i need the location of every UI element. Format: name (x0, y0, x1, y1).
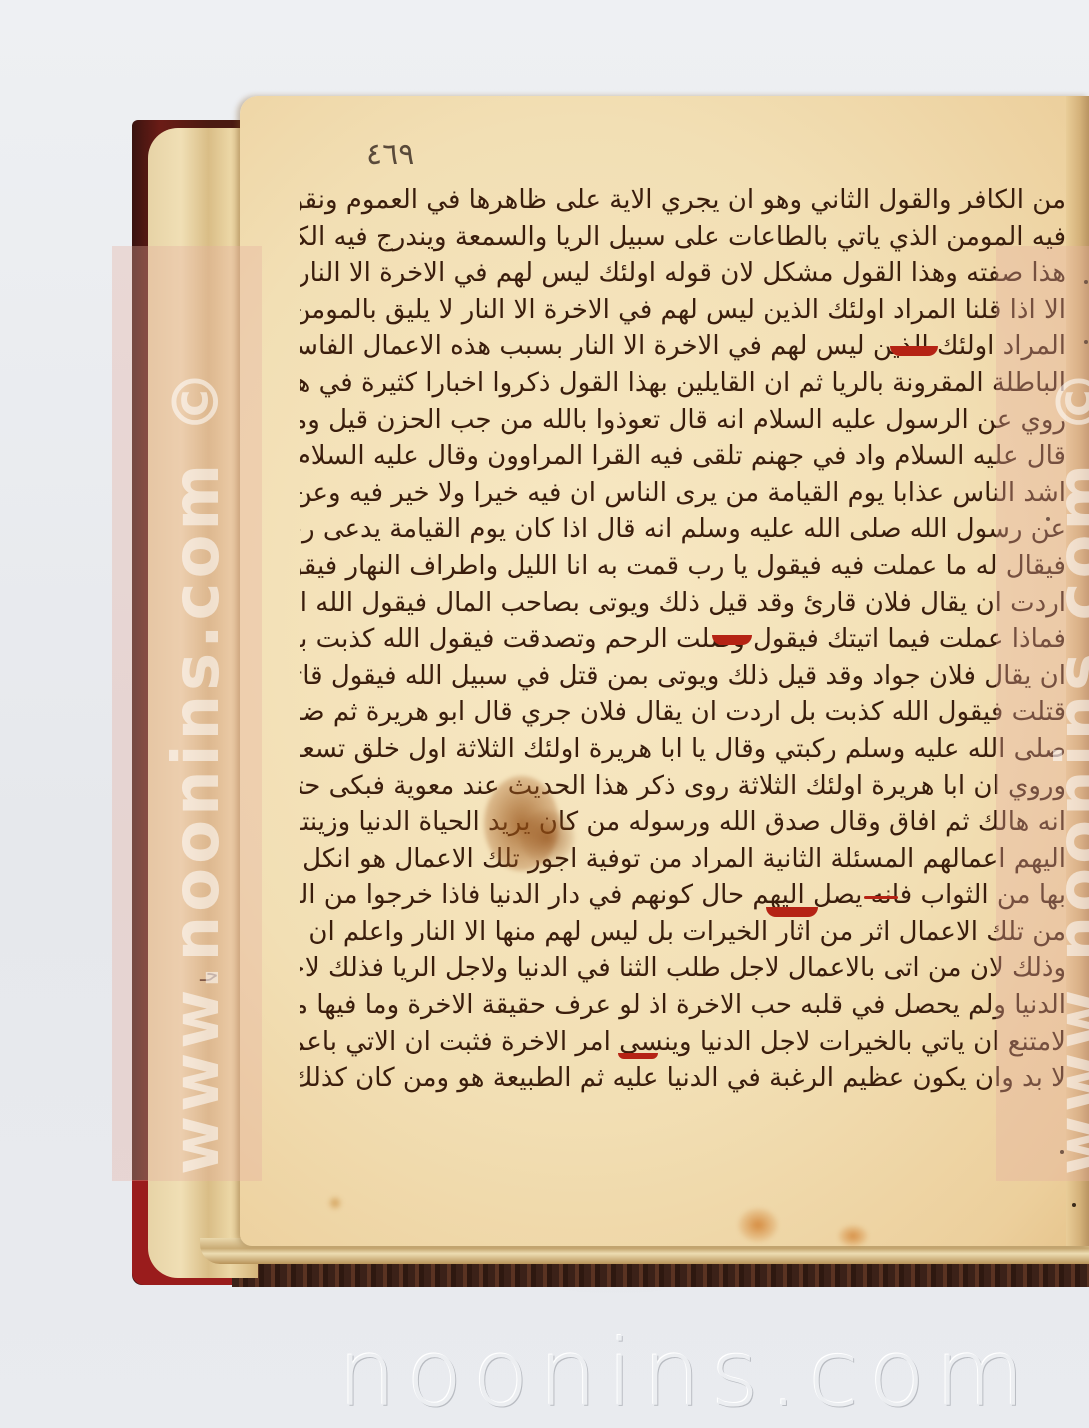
manuscript-line: روي عن الرسول عليه السلام انه قال تعوذوا… (300, 402, 1066, 439)
manuscript-line: الباطلة المقرونة بالريا ثم ان القايلين ب… (300, 365, 1066, 402)
manuscript-line: وذلك لان من اتى بالاعمال لاجل طلب الثنا … (300, 950, 1066, 987)
folio-number: ٤٦٩ (366, 137, 414, 172)
water-stain (520, 810, 575, 865)
manuscript-line: بها من الثواب فانه يصل اليهم حال كونهم ف… (300, 877, 1066, 914)
manuscript-line: وروي ان ابا هريرة اولئك الثلاثة روى ذكر … (300, 768, 1066, 805)
manuscript-line: فيقال له ما عملت فيه فيقول يا رب قمت به … (300, 548, 1066, 585)
water-stain (328, 1196, 342, 1210)
watermark-bottom: noonins.com (338, 1320, 1035, 1427)
manuscript-text: من الكافر والقول الثاني وهو ان يجري الاي… (300, 182, 1066, 1097)
rubric-mark (766, 907, 818, 917)
manuscript-line: فيه المومن الذي ياتي بالطاعات على سبيل ا… (300, 219, 1066, 256)
manuscript-line: فماذا عملت فيما اتيتك فيقول وصلت الرحم و… (300, 621, 1066, 658)
rubric-mark (712, 635, 752, 645)
manuscript-line: لامتنع ان ياتي بالخيرات لاجل الدنيا وينس… (300, 1024, 1066, 1061)
manuscript-line: هذا صفته وهذا القول مشكل لان قوله اولئك … (300, 255, 1066, 292)
manuscript-line: اردت ان يقال فلان قارئ وقد قيل ذلك ويوتى… (300, 585, 1066, 622)
manuscript-line: اليهم اعمالهم المسئلة الثانية المراد من … (300, 841, 1066, 878)
manuscript-line: لا بد وان يكون عظيم الرغبة في الدنيا علي… (300, 1060, 1066, 1097)
watermark-left: www.noonins.com © (160, 366, 234, 1175)
manuscript-line: صلى الله عليه وسلم ركبتي وقال يا ابا هري… (300, 731, 1066, 768)
water-stain (838, 1225, 868, 1247)
margin-dot (1072, 1203, 1076, 1207)
water-stain (738, 1208, 778, 1242)
rubric-mark (890, 346, 938, 356)
watermark-right: www.noonins.com © (1044, 366, 1089, 1175)
manuscript-line: قال عليه السلام واد في جهنم تلقى فيه الق… (300, 438, 1066, 475)
manuscript-line: عن رسول الله صلى الله عليه وسلم انه قال … (300, 511, 1066, 548)
manuscript-line: من الكافر والقول الثاني وهو ان يجري الاي… (300, 182, 1066, 219)
manuscript-line: من تلك الاعمال اثر من اثار الخيرات بل لي… (300, 914, 1066, 951)
manuscript-line: انه هالك ثم افاق وقال صدق الله ورسوله من… (300, 804, 1066, 841)
manuscript-line: قتلت فيقول الله كذبت بل اردت ان يقال فلا… (300, 694, 1066, 731)
manuscript-line: المراد اولئك الذين ليس لهم في الاخرة الا… (300, 328, 1066, 365)
manuscript-line: ان يقال فلان جواد وقد قيل ذلك ويوتى بمن … (300, 658, 1066, 695)
manuscript-line: اشد الناس عذابا يوم القيامة من يرى الناس… (300, 475, 1066, 512)
manuscript-line: الا اذا قلنا المراد اولئك الذين ليس لهم … (300, 292, 1066, 329)
rubric-mark (618, 1053, 658, 1059)
rubric-mark (864, 896, 898, 899)
manuscript-line: الدنيا ولم يحصل في قلبه حب الاخرة اذ لو … (300, 987, 1066, 1024)
